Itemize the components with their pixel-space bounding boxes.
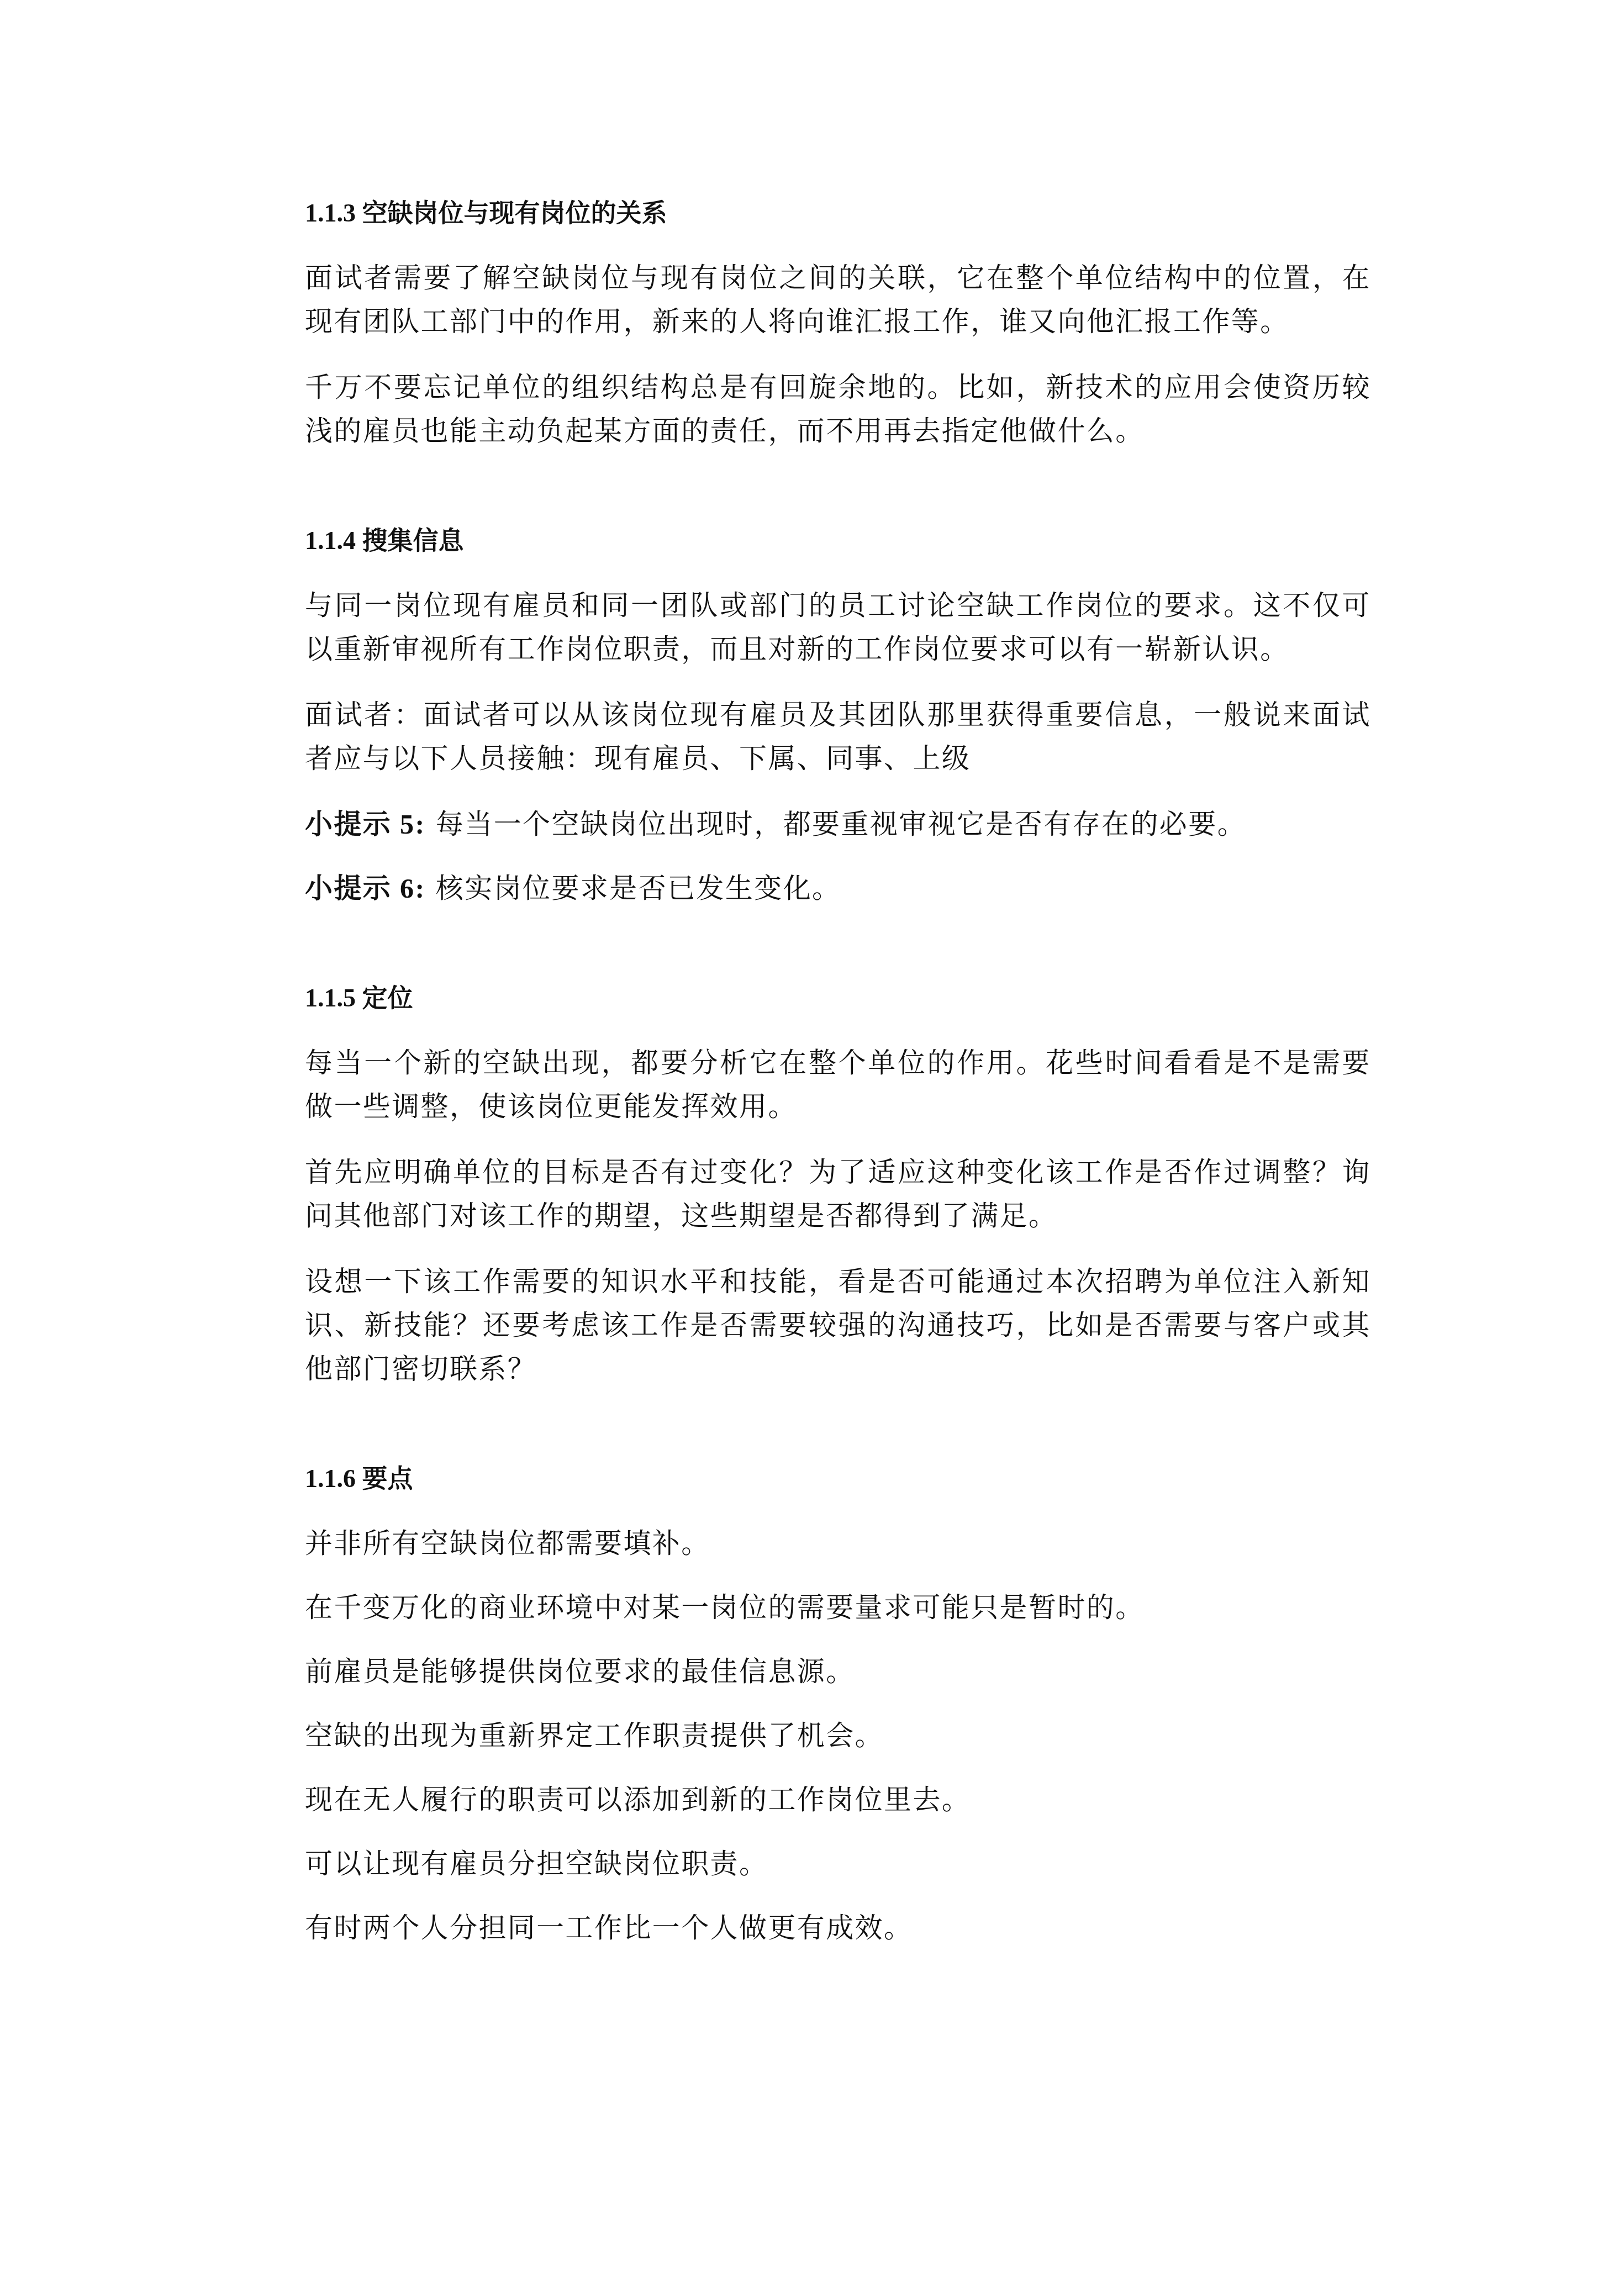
tip-text: 每当一个空缺岗位出现时，都要重视审视它是否有存在的必要。 (426, 808, 1247, 840)
section-1-1-4: 1.1.4 搜集信息 与同一岗位现有雇员和同一团队或部门的员工讨论空缺工作岗位的… (305, 518, 1371, 910)
section-title: 搜集信息 (362, 525, 464, 555)
tip-number: 6: (392, 873, 425, 904)
tip-label: 小提示 6: (305, 873, 426, 904)
section-1-1-3: 1.1.3 空缺岗位与现有岗位的关系 面试者需要了解空缺岗位与现有岗位之间的关联… (305, 191, 1371, 453)
paragraph: 千万不要忘记单位的组织结构总是有回旋余地的。比如，新技术的应用会使资历较浅的雇员… (305, 366, 1371, 453)
paragraph: 面试者：面试者可以从该岗位现有雇员及其团队那里获得重要信息，一般说来面试者应与以… (305, 693, 1371, 781)
paragraph: 设想一下该工作需要的知识水平和技能，看是否可能通过本次招聘为单位注入新知识、新技… (305, 1260, 1371, 1391)
key-point: 现在无人履行的职责可以添加到新的工作岗位里去。 (305, 1778, 1371, 1822)
section-number: 1.1.4 (305, 526, 356, 555)
key-point: 并非所有空缺岗位都需要填补。 (305, 1522, 1371, 1565)
section-number: 1.1.3 (305, 199, 356, 227)
section-1-1-5: 1.1.5 定位 每当一个新的空缺出现，都要分析它在整个单位的作用。花些时间看看… (305, 976, 1371, 1391)
section-title: 要点 (362, 1463, 413, 1493)
key-point: 有时两个人分担同一工作比一个人做更有成效。 (305, 1906, 1371, 1950)
tip-number: 5: (392, 809, 425, 840)
paragraph: 面试者需要了解空缺岗位与现有岗位之间的关联，它在整个单位结构中的位置，在现有团队… (305, 256, 1371, 344)
key-point: 可以让现有雇员分担空缺岗位职责。 (305, 1842, 1371, 1886)
tip-text: 核实岗位要求是否已发生变化。 (426, 872, 841, 904)
section-heading: 1.1.4 搜集信息 (305, 518, 1371, 563)
key-point: 在千变万化的商业环境中对某一岗位的需要量求可能只是暂时的。 (305, 1586, 1371, 1630)
section-title: 定位 (362, 983, 413, 1013)
section-heading: 1.1.3 空缺岗位与现有岗位的关系 (305, 191, 1371, 235)
key-point: 空缺的出现为重新界定工作职责提供了机会。 (305, 1714, 1371, 1758)
section-heading: 1.1.5 定位 (305, 976, 1371, 1020)
paragraph: 首先应明确单位的目标是否有过变化？为了适应这种变化该工作是否作过调整？询问其他部… (305, 1151, 1371, 1238)
document-page: 1.1.3 空缺岗位与现有岗位的关系 面试者需要了解空缺岗位与现有岗位之间的关联… (305, 191, 1371, 1970)
tip-paragraph: 小提示 6: 核实岗位要求是否已发生变化。 (305, 867, 1371, 910)
paragraph: 与同一岗位现有雇员和同一团队或部门的员工讨论空缺工作岗位的要求。这不仅可以重新审… (305, 584, 1371, 671)
section-number: 1.1.5 (305, 984, 356, 1012)
tip-label: 小提示 5: (305, 809, 426, 840)
paragraph: 每当一个新的空缺出现，都要分析它在整个单位的作用。花些时间看看是不是需要做一些调… (305, 1041, 1371, 1129)
section-1-1-6: 1.1.6 要点 并非所有空缺岗位都需要填补。 在千变万化的商业环境中对某一岗位… (305, 1456, 1371, 1950)
key-point: 前雇员是能够提供岗位要求的最佳信息源。 (305, 1650, 1371, 1694)
section-heading: 1.1.6 要点 (305, 1456, 1371, 1501)
tip-paragraph: 小提示 5: 每当一个空缺岗位出现时，都要重视审视它是否有存在的必要。 (305, 803, 1371, 846)
tip-label-text: 小提示 (305, 872, 392, 904)
section-title: 空缺岗位与现有岗位的关系 (362, 198, 667, 228)
tip-label-text: 小提示 (305, 808, 392, 840)
section-number: 1.1.6 (305, 1464, 356, 1493)
